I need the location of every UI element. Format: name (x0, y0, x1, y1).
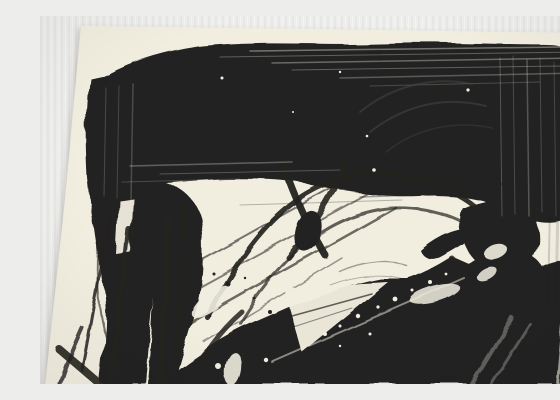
artwork-scene (40, 16, 560, 384)
photograph: Photograph of an abstract monochrome bru… (40, 16, 560, 384)
ink-print (58, 42, 560, 384)
